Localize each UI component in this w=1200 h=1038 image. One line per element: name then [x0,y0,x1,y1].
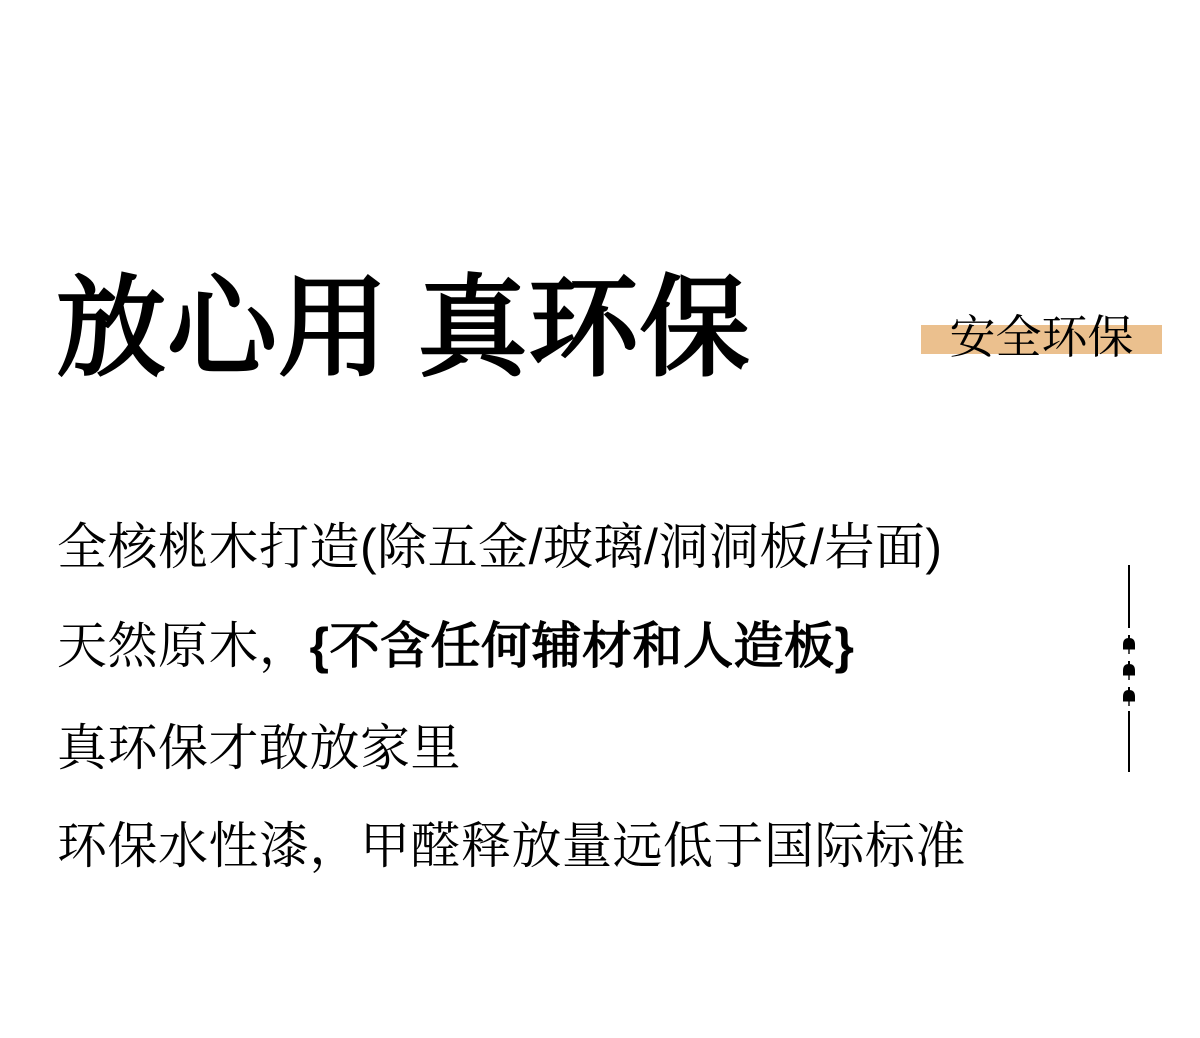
vertical-lamp-divider [1120,565,1138,772]
divider-line-top [1128,565,1130,628]
divider-line-bottom [1128,711,1130,772]
feature-line-solid-wood: 天然原木，{不含任何辅材和人造板} [57,620,854,673]
pendant-lamp-icon [1121,635,1137,654]
feature-line-solid-wood-prefix: 天然原木， [57,618,310,674]
feature-line-walnut: 全核桃木打造(除五金/玻璃/洞洞板/岩面) [57,521,942,574]
safety-badge: 安全环保 [921,325,1162,354]
badge-label: 安全环保 [921,314,1162,360]
eco-friendly-marketing-section: 放心用 真环保 安全环保 全核桃木打造(除五金/玻璃/洞洞板/岩面) 天然原木，… [0,0,1200,1038]
pendant-lamp-icon [1121,661,1137,680]
feature-line-waterborne-paint: 环保水性漆，甲醛释放量远低于国际标准 [57,820,966,873]
pendant-lamp-icon [1121,687,1137,706]
feature-line-truly-eco: 真环保才敢放家里 [57,722,461,775]
page-title: 放心用 真环保 [56,272,751,386]
feature-line-solid-wood-emphasis: {不含任何辅材和人造板} [310,618,855,674]
